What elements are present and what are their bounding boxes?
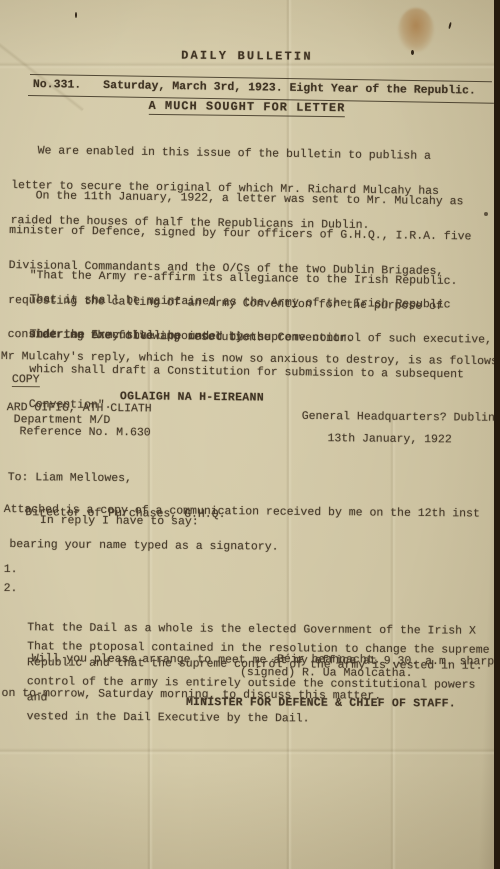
- text-line: That the Army shall be under the supreme…: [30, 329, 492, 346]
- valediction: Béir beannacht.: [277, 654, 381, 666]
- scanned-bulletin-page: DAILY BULLETIN No.331.Saturday, March 3r…: [0, 0, 494, 869]
- copy-label: COPY: [12, 374, 40, 386]
- text-line: minister of Defence, signed by four offi…: [9, 225, 472, 243]
- copy-label-text: COPY: [12, 373, 40, 387]
- headline: A MUCH SOUGHT FOR LETTER: [148, 99, 345, 117]
- paper-speck: [484, 212, 488, 216]
- paper-speck: [75, 12, 77, 18]
- list-item-number: 1.: [4, 564, 18, 576]
- signoff-title: MINISTER FOR DEFENCE & CHIEF OF STAFF.: [186, 697, 456, 710]
- text-line: We are enabled in this issue of the bull…: [12, 145, 440, 163]
- issue-number: No.331.: [33, 78, 82, 92]
- letterhead-headquarters: General Headquarters? Dublin: [302, 411, 494, 424]
- ink-stain: [398, 8, 434, 52]
- letter-paragraph-reply: In reply I have to say:: [40, 515, 199, 528]
- signature-line: (signed) R. Ua Maolcatha.: [240, 667, 413, 680]
- text-line: On the 11th January, 1922, a letter was …: [10, 190, 473, 208]
- numbered-list: 1. That the Dail as a whole is the elect…: [0, 541, 494, 625]
- letter-date: 13th January, 1922: [327, 433, 451, 446]
- letterhead: OGLAIGH NA H-EIREANN ARD OIFIG, ATH CLIA…: [0, 388, 494, 455]
- list-item-number: 2.: [4, 583, 18, 595]
- letterhead-reference-line: Reference No. M.630: [20, 426, 151, 439]
